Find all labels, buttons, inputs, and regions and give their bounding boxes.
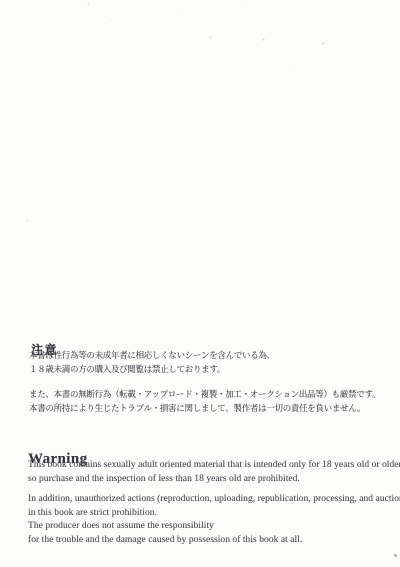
- english-warning-paragraph-1: This book contains sexually adult orient…: [28, 458, 400, 486]
- scanned-warning-page: 注意 本書は性行為等の未成年者に相応しくないシーンを含んでいる為、 １８歳未満の…: [0, 0, 400, 567]
- japanese-warning-line: 本書は性行為等の未成年者に相応しくないシーンを含んでいる為、: [29, 348, 275, 362]
- japanese-warning-line: 本書の所持により生じたトラブル・損害に関しまして、製作者は一切の責任を負いません…: [29, 402, 380, 416]
- english-warning-line: This book contains sexually adult orient…: [28, 458, 400, 472]
- english-warning-line: for the trouble and the damage caused by…: [28, 534, 400, 548]
- japanese-warning-paragraph-2: また、本書の無断行為（転載・アップロード・複製・加工・オークション出品等）も厳禁…: [29, 388, 380, 415]
- japanese-warning-paragraph-1: 本書は性行為等の未成年者に相応しくないシーンを含んでいる為、 １８歳未満の方の購…: [29, 348, 275, 376]
- english-warning-line: in this book are strict prohibition.: [28, 507, 400, 521]
- scan-noise-specks: [0, 0, 1, 1]
- english-warning-line: The producer does not assume the respons…: [28, 520, 400, 534]
- english-warning-line: so purchase and the inspection of less t…: [28, 472, 400, 486]
- japanese-warning-line: また、本書の無断行為（転載・アップロード・複製・加工・オークション出品等）も厳禁…: [29, 388, 380, 402]
- english-warning-line: In addition, unauthorized actions (repro…: [28, 493, 400, 507]
- japanese-warning-line: １８歳未満の方の購入及び閲覧は禁止しております。: [29, 362, 275, 376]
- english-warning-paragraph-2: In addition, unauthorized actions (repro…: [28, 493, 400, 547]
